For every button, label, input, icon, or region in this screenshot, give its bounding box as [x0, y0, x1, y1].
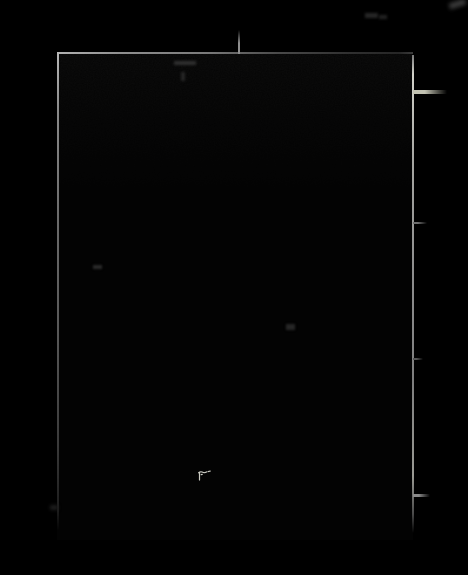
- dust-speck-left: [93, 265, 102, 269]
- registration-tick-right-2: [413, 222, 427, 224]
- faint-scribble-mark: [379, 15, 387, 19]
- photo-canvas: [0, 0, 468, 575]
- frame-border-left: [57, 52, 59, 531]
- registration-tick-top: [238, 30, 240, 54]
- dot-cluster-icon: [181, 72, 185, 81]
- frame-border-right: [412, 55, 414, 533]
- scribble-stroke: [208, 471, 210, 472]
- registration-tick-right-3: [413, 358, 423, 360]
- smudge-bottom-left: [50, 505, 58, 510]
- film-grain-noise: [58, 54, 412, 204]
- registration-tick-right-1: [413, 90, 447, 94]
- frame-border-top: [57, 52, 413, 54]
- faint-scribble-mark: [365, 13, 378, 18]
- dust-speck-center: [286, 324, 295, 330]
- handwritten-mark: [196, 466, 214, 482]
- registration-tick-right-4: [413, 494, 430, 497]
- scribble-stroke: [199, 472, 207, 473]
- corner-smudge: [448, 0, 466, 9]
- smudge-upper: [174, 61, 196, 65]
